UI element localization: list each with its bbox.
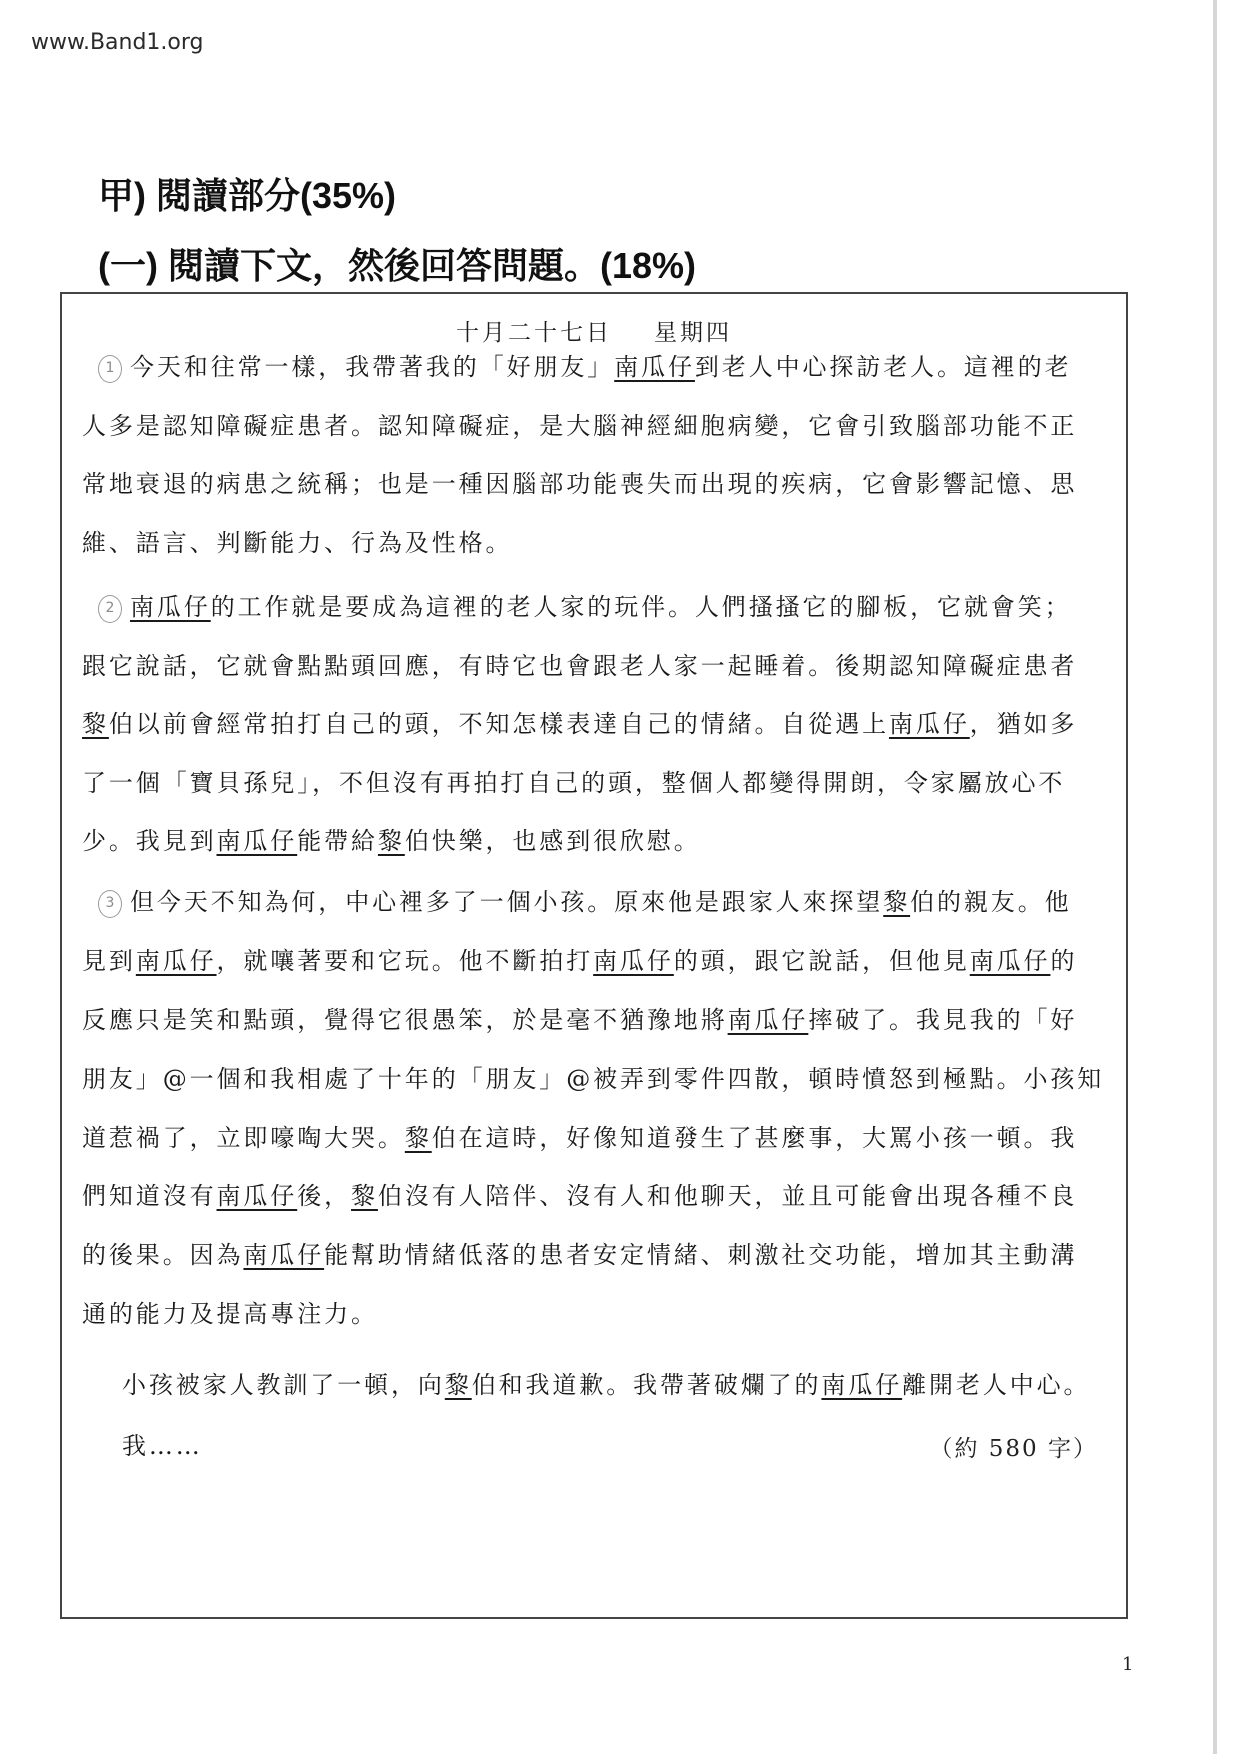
passage-line: 2南瓜仔的工作就是要成為這裡的老人家的玩伴。人們搔搔它的腳板，它就會笑； [82, 591, 1112, 623]
text: 的工作就是要成為這裡的老人家的玩伴。人們搔搔它的腳板，它就會笑； [211, 593, 1072, 621]
text: 反應只是笑和點頭，覺得它很愚笨，於是毫不猶豫地將 [82, 1006, 728, 1034]
text: 伯和我道歉。我帶著破爛了的 [472, 1371, 822, 1399]
text: 了一個「寶貝孫兒」，不但沒有再拍打自己的頭，整個人都變得開朗，令家屬放心不 [82, 769, 1065, 797]
underlined-name: 黎 [378, 827, 405, 855]
text: 小孩被家人教訓了一頓，向 [122, 1371, 445, 1399]
text: ，就嚷著要和它玩。他不斷拍打 [217, 947, 594, 975]
passage-line: 常地衰退的病患之統稱；也是一種因腦部功能喪失而出現的疾病，它會影響記憶、思 [82, 468, 1112, 500]
text: 到老人中心探訪老人。這裡的老 [695, 353, 1072, 381]
page-number: 1 [1122, 1654, 1133, 1675]
underlined-name: 南瓜仔 [889, 710, 970, 738]
text: 今天和往常一樣，我帶著我的「好朋友」 [130, 353, 614, 381]
passage-line: 跟它說話，它就會點點頭回應，有時它也會跟老人家一起睡着。後期認知障礙症患者 [82, 650, 1112, 682]
passage-line: 的後果。因為南瓜仔能幫助情緒低落的患者安定情緒、刺激社交功能，增加其主動溝 [82, 1239, 1112, 1271]
text: 能帶給 [297, 827, 378, 855]
underlined-name: 南瓜仔 [217, 827, 298, 855]
text: 朋友」@一個和我相處了十年的「朋友」@被弄到零件四散，頓時憤怒到極點。小孩知 [82, 1065, 1104, 1093]
scan-page-edge [1213, 0, 1217, 1754]
text: 人多是認知障礙症患者。認知障礙症，是大腦神經細胞病變，它會引致腦部功能不正 [82, 412, 1077, 440]
text: 我…… [122, 1432, 203, 1460]
paragraph-number-circle-icon: 3 [98, 890, 122, 918]
underlined-name: 南瓜仔 [728, 1006, 809, 1034]
paragraph-number-circle-icon: 1 [98, 355, 122, 383]
text: 後， [297, 1182, 351, 1210]
underlined-name: 黎 [82, 710, 109, 738]
passage-line: 維、語言、判斷能力、行為及性格。 [82, 527, 1112, 559]
underlined-name: 黎 [351, 1182, 378, 1210]
passage-line: 見到南瓜仔，就嚷著要和它玩。他不斷拍打南瓜仔的頭，跟它說話，但他見南瓜仔的 [82, 945, 1112, 977]
reading-passage-box: 十月二十七日星期四 1今天和往常一樣，我帶著我的「好朋友」南瓜仔到老人中心探訪老… [60, 292, 1128, 1619]
text: 摔破了。我見我的「好 [808, 1006, 1077, 1034]
diary-date: 十月二十七日 [456, 320, 612, 346]
passage-line: 朋友」@一個和我相處了十年的「朋友」@被弄到零件四散，頓時憤怒到極點。小孩知 [82, 1063, 1112, 1095]
text: 伯沒有人陪伴、沒有人和他聊天，並且可能會出現各種不良 [378, 1182, 1077, 1210]
underlined-name: 南瓜仔 [217, 1182, 298, 1210]
passage-line: 了一個「寶貝孫兒」，不但沒有再拍打自己的頭，整個人都變得開朗，令家屬放心不 [82, 767, 1112, 799]
word-count: （約 580 字） [929, 1430, 1098, 1463]
text: 的 [1050, 947, 1077, 975]
paragraph-number-circle-icon: 2 [98, 595, 122, 623]
diary-date-line: 十月二十七日星期四 [62, 314, 1126, 347]
text: 離開老人中心。 [902, 1371, 1090, 1399]
underlined-name: 黎 [405, 1124, 432, 1152]
text: 少。我見到 [82, 827, 217, 855]
text: 伯在這時，好像知道發生了甚麼事，大罵小孩一頓。我 [432, 1124, 1078, 1152]
passage-line: 少。我見到南瓜仔能帶給黎伯快樂，也感到很欣慰。 [82, 825, 1112, 857]
text: 伯以前會經常拍打自己的頭，不知怎樣表達自己的情緒。自從遇上 [109, 710, 889, 738]
text: 跟它說話，它就會點點頭回應，有時它也會跟老人家一起睡着。後期認知障礙症患者 [82, 652, 1077, 680]
text: 們知道沒有 [82, 1182, 217, 1210]
underlined-name: 南瓜仔 [821, 1371, 902, 1399]
passage-line: 反應只是笑和點頭，覺得它很愚笨，於是毫不猶豫地將南瓜仔摔破了。我見我的「好 [82, 1004, 1112, 1036]
passage-line: 們知道沒有南瓜仔後，黎伯沒有人陪伴、沒有人和他聊天，並且可能會出現各種不良 [82, 1180, 1112, 1212]
subsection-title: (一) 閱讀下文，然後回答問題。(18%) [98, 238, 696, 289]
text: 伯快樂，也感到很欣慰。 [405, 827, 701, 855]
underlined-name: 黎 [445, 1371, 472, 1399]
passage-line: 人多是認知障礙症患者。認知障礙症，是大腦神經細胞病變，它會引致腦部功能不正 [82, 410, 1112, 442]
passage-line: 1今天和往常一樣，我帶著我的「好朋友」南瓜仔到老人中心探訪老人。這裡的老 [82, 351, 1112, 383]
passage-line: 3但今天不知為何，中心裡多了一個小孩。原來他是跟家人來探望黎伯的親友。他 [82, 886, 1112, 918]
underlined-name: 南瓜仔 [593, 947, 674, 975]
text: 的頭，跟它說話，但他見 [674, 947, 970, 975]
passage-line: 通的能力及提高專注力。 [82, 1298, 1112, 1330]
underlined-name: 黎 [883, 888, 910, 916]
section-title: 甲) 閱讀部分(35%) [98, 168, 396, 219]
text: 伯的親友。他 [910, 888, 1071, 916]
text: 能幫助情緒低落的患者安定情緒、刺激社交功能，增加其主動溝 [324, 1241, 1077, 1269]
text: 常地衰退的病患之統稱；也是一種因腦部功能喪失而出現的疾病，它會影響記憶、思 [82, 470, 1077, 498]
text: ，猶如多 [970, 710, 1078, 738]
underlined-name: 南瓜仔 [614, 353, 695, 381]
underlined-name: 南瓜仔 [136, 947, 217, 975]
diary-weekday: 星期四 [654, 320, 732, 346]
underlined-name: 南瓜仔 [970, 947, 1051, 975]
text: 見到 [82, 947, 136, 975]
underlined-name: 南瓜仔 [243, 1241, 324, 1269]
passage-line: 黎伯以前會經常拍打自己的頭，不知怎樣表達自己的情緒。自從遇上南瓜仔，猶如多 [82, 708, 1112, 740]
text: 道惹禍了，立即嚎啕大哭。 [82, 1124, 405, 1152]
passage-line: 道惹禍了，立即嚎啕大哭。黎伯在這時，好像知道發生了甚麼事，大罵小孩一頓。我 [82, 1122, 1112, 1154]
text: 通的能力及提高專注力。 [82, 1300, 378, 1328]
passage-line: 小孩被家人教訓了一頓，向黎伯和我道歉。我帶著破爛了的南瓜仔離開老人中心。 [122, 1369, 1152, 1401]
underlined-name: 南瓜仔 [130, 593, 211, 621]
watermark-url: www.Band1.org [31, 30, 204, 55]
text: 維、語言、判斷能力、行為及性格。 [82, 529, 512, 557]
text: 的後果。因為 [82, 1241, 243, 1269]
text: 但今天不知為何，中心裡多了一個小孩。原來他是跟家人來探望 [130, 888, 883, 916]
